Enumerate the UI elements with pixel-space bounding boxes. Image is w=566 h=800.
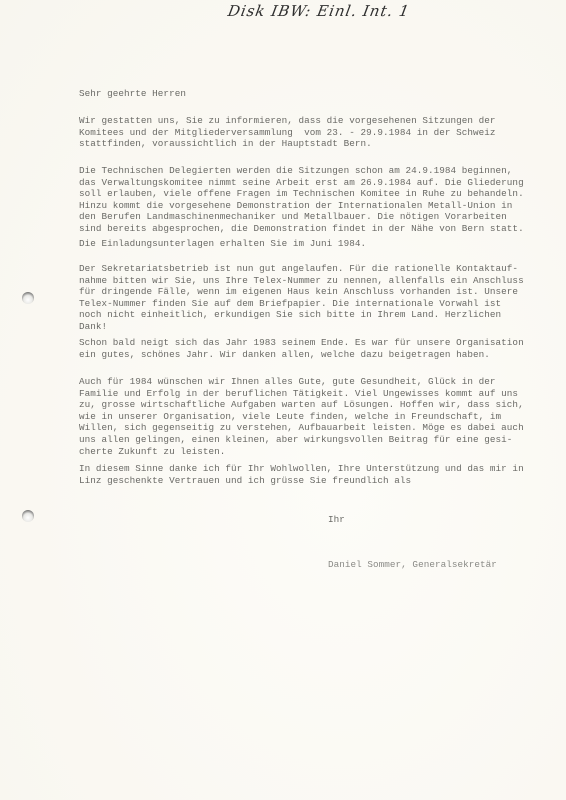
text-line: sind bereits abgesprochen, die Demonstra… bbox=[79, 223, 524, 235]
text-line: soll erlauben, viele offene Fragen im Te… bbox=[79, 188, 524, 200]
text-line: nahme bitten wir Sie, uns Ihre Telex-Num… bbox=[79, 275, 524, 287]
paragraph-thanks: In diesem Sinne danke ich für Ihr Wohlwo… bbox=[79, 463, 524, 486]
paragraph-invitation-documents: Die Einladungsunterlagen erhalten Sie im… bbox=[79, 238, 366, 250]
text-line: Komitees und der Mitgliederversammlung v… bbox=[79, 127, 496, 139]
text-line: In diesem Sinne danke ich für Ihr Wohlwo… bbox=[79, 463, 524, 475]
text-line: noch nicht einheitlich, erkundigen Sie s… bbox=[79, 309, 524, 321]
text-line: Der Sekretariatsbetrieb ist nun gut ange… bbox=[79, 263, 524, 275]
text-line: wie in unserer Organisation, viele Leute… bbox=[79, 411, 524, 423]
paragraph-technical-delegates: Die Technischen Delegierten werden die S… bbox=[79, 165, 524, 235]
handwritten-archive-note: Disk IBW: Einl. Int. 1 bbox=[226, 2, 411, 20]
text-line: Die Einladungsunterlagen erhalten Sie im… bbox=[79, 238, 366, 250]
text-line: Hinzu kommt die vorgesehene Demonstratio… bbox=[79, 200, 524, 212]
text-line: den Berufen Landmaschinenmechaniker und … bbox=[79, 211, 524, 223]
letter-page: Disk IBW: Einl. Int. 1 Sehr geehrte Herr… bbox=[0, 0, 566, 800]
salutation: Sehr geehrte Herren bbox=[79, 88, 186, 100]
paragraph-secretariat-telex: Der Sekretariatsbetrieb ist nun gut ange… bbox=[79, 263, 524, 333]
text-line: ein gutes, schönes Jahr. Wir danken alle… bbox=[79, 349, 524, 361]
text-line: Familie und Erfolg in der beruflichen Tä… bbox=[79, 388, 524, 400]
text-line: Auch für 1984 wünschen wir Ihnen alles G… bbox=[79, 376, 524, 388]
text-line: uns allen gelingen, einen kleinen, aber … bbox=[79, 434, 524, 446]
paragraph-new-year-wishes: Auch für 1984 wünschen wir Ihnen alles G… bbox=[79, 376, 524, 457]
text-line: Schon bald neigt sich das Jahr 1983 sein… bbox=[79, 337, 524, 349]
text-line: cherte Zukunft zu leisten. bbox=[79, 446, 524, 458]
text-line: zu, grosse wirtschaftliche Aufgaben wart… bbox=[79, 399, 524, 411]
signature: Daniel Sommer, Generalsekretär bbox=[328, 559, 497, 571]
paragraph-meetings: Wir gestatten uns, Sie zu informieren, d… bbox=[79, 115, 496, 150]
paragraph-year-end: Schon bald neigt sich das Jahr 1983 sein… bbox=[79, 337, 524, 360]
text-line: Wir gestatten uns, Sie zu informieren, d… bbox=[79, 115, 496, 127]
punch-hole bbox=[22, 510, 34, 522]
text-line: Dank! bbox=[79, 321, 524, 333]
text-line: Die Technischen Delegierten werden die S… bbox=[79, 165, 524, 177]
punch-hole bbox=[22, 292, 34, 304]
text-line: Linz geschenkte Vertrauen und ich grüsse… bbox=[79, 475, 524, 487]
text-line: Telex-Nummer finden Sie auf dem Briefpap… bbox=[79, 298, 524, 310]
closing: Ihr bbox=[328, 514, 345, 526]
text-line: für dringende Fälle, wenn im eigenen Hau… bbox=[79, 286, 524, 298]
text-line: das Verwaltungskomitee nimmt seine Arbei… bbox=[79, 177, 524, 189]
text-line: stattfinden, voraussichtlich in der Haup… bbox=[79, 138, 496, 150]
text-line: Willen, sich gegenseitig zu verstehen, A… bbox=[79, 422, 524, 434]
